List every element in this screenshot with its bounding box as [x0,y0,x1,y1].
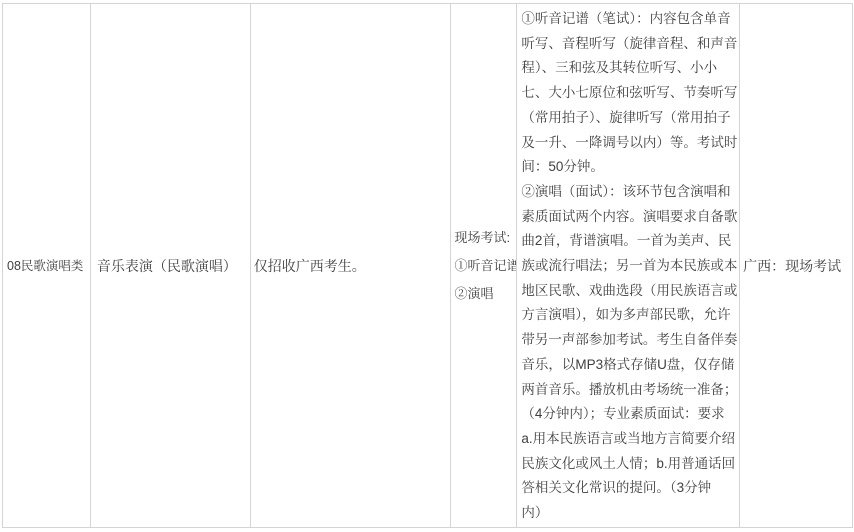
text-line: 地区民歌、戏曲选段（用民族语言或 [521,279,738,304]
text-line: （常用拍子）、旋律听写（常用拍子 [521,106,738,131]
text-line: 族或流行唱法；另一首为本民族或本 [521,254,738,279]
text-line: 素质面试两个内容。演唱要求自备歌 [521,205,738,230]
category-text: 08民歌演唱类 [7,253,88,279]
text-line: 答相关文化常识的提问。（3分钟 [521,476,738,501]
text-line: 间：50分钟。 [521,155,738,180]
text-line: 内） [521,501,738,526]
text-line: 曲2首，背谱演唱。一首为美声、民 [521,229,738,254]
major-text: 音乐表演（民歌演唱） [97,253,246,279]
text-line: （4分钟内）；专业素质面试：要求 [521,402,738,427]
screen: 08民歌演唱类 音乐表演（民歌演唱） 仅招收广西考生。 现场考试:①听音记谱②演… [0,0,854,532]
text-line: a.用本民族语言或当地方言简要介绍 [521,427,738,452]
text-line: 程）、三和弦及其转位听写、小小 [521,56,738,81]
text-line: 及一升、一降调号以内）等。考试时 [521,131,738,156]
cell-province-exam: 广西：现场考试 [740,4,852,527]
text-line: 听写、音程听写（旋律音程、和声音 [521,32,738,57]
cell-category: 08民歌演唱类 [3,4,91,527]
cell-note: 仅招收广西考生。 [251,4,452,527]
text-line: 民族文化或风土人情；b.用普通话回 [521,452,738,477]
text-line: 现场考试: [454,224,515,252]
province-exam-text: 广西：现场考试 [743,253,850,279]
note-text: 仅招收广西考生。 [254,253,447,279]
text-line: ①听音记谱（笔试）：内容包含单音 [521,7,738,32]
cell-major: 音乐表演（民歌演唱） [91,4,251,527]
text-line: ②演唱 [454,280,515,308]
text-line: 七、大小七原位和弦听写、节奏听写 [521,81,738,106]
cell-exam-details: ①听音记谱（笔试）：内容包含单音听写、音程听写（旋律音程、和声音程）、三和弦及其… [517,4,740,527]
text-line: 方言演唱），如为多声部民歌，允许 [521,303,738,328]
text-line: 带另一声部参加考试。考生自备伴奏 [521,328,738,353]
admissions-table: 08民歌演唱类 音乐表演（民歌演唱） 仅招收广西考生。 现场考试:①听音记谱②演… [2,3,853,528]
text-line: 两首音乐。播放机由考场统一准备； [521,378,738,403]
text-line: 音乐，以MP3格式存储U盘，仅存储 [521,353,738,378]
text-line: ①听音记谱 [454,252,515,280]
text-line: ②演唱（面试）：该环节包含演唱和 [521,180,738,205]
cell-exam-subjects: 现场考试:①听音记谱②演唱 [451,4,517,527]
